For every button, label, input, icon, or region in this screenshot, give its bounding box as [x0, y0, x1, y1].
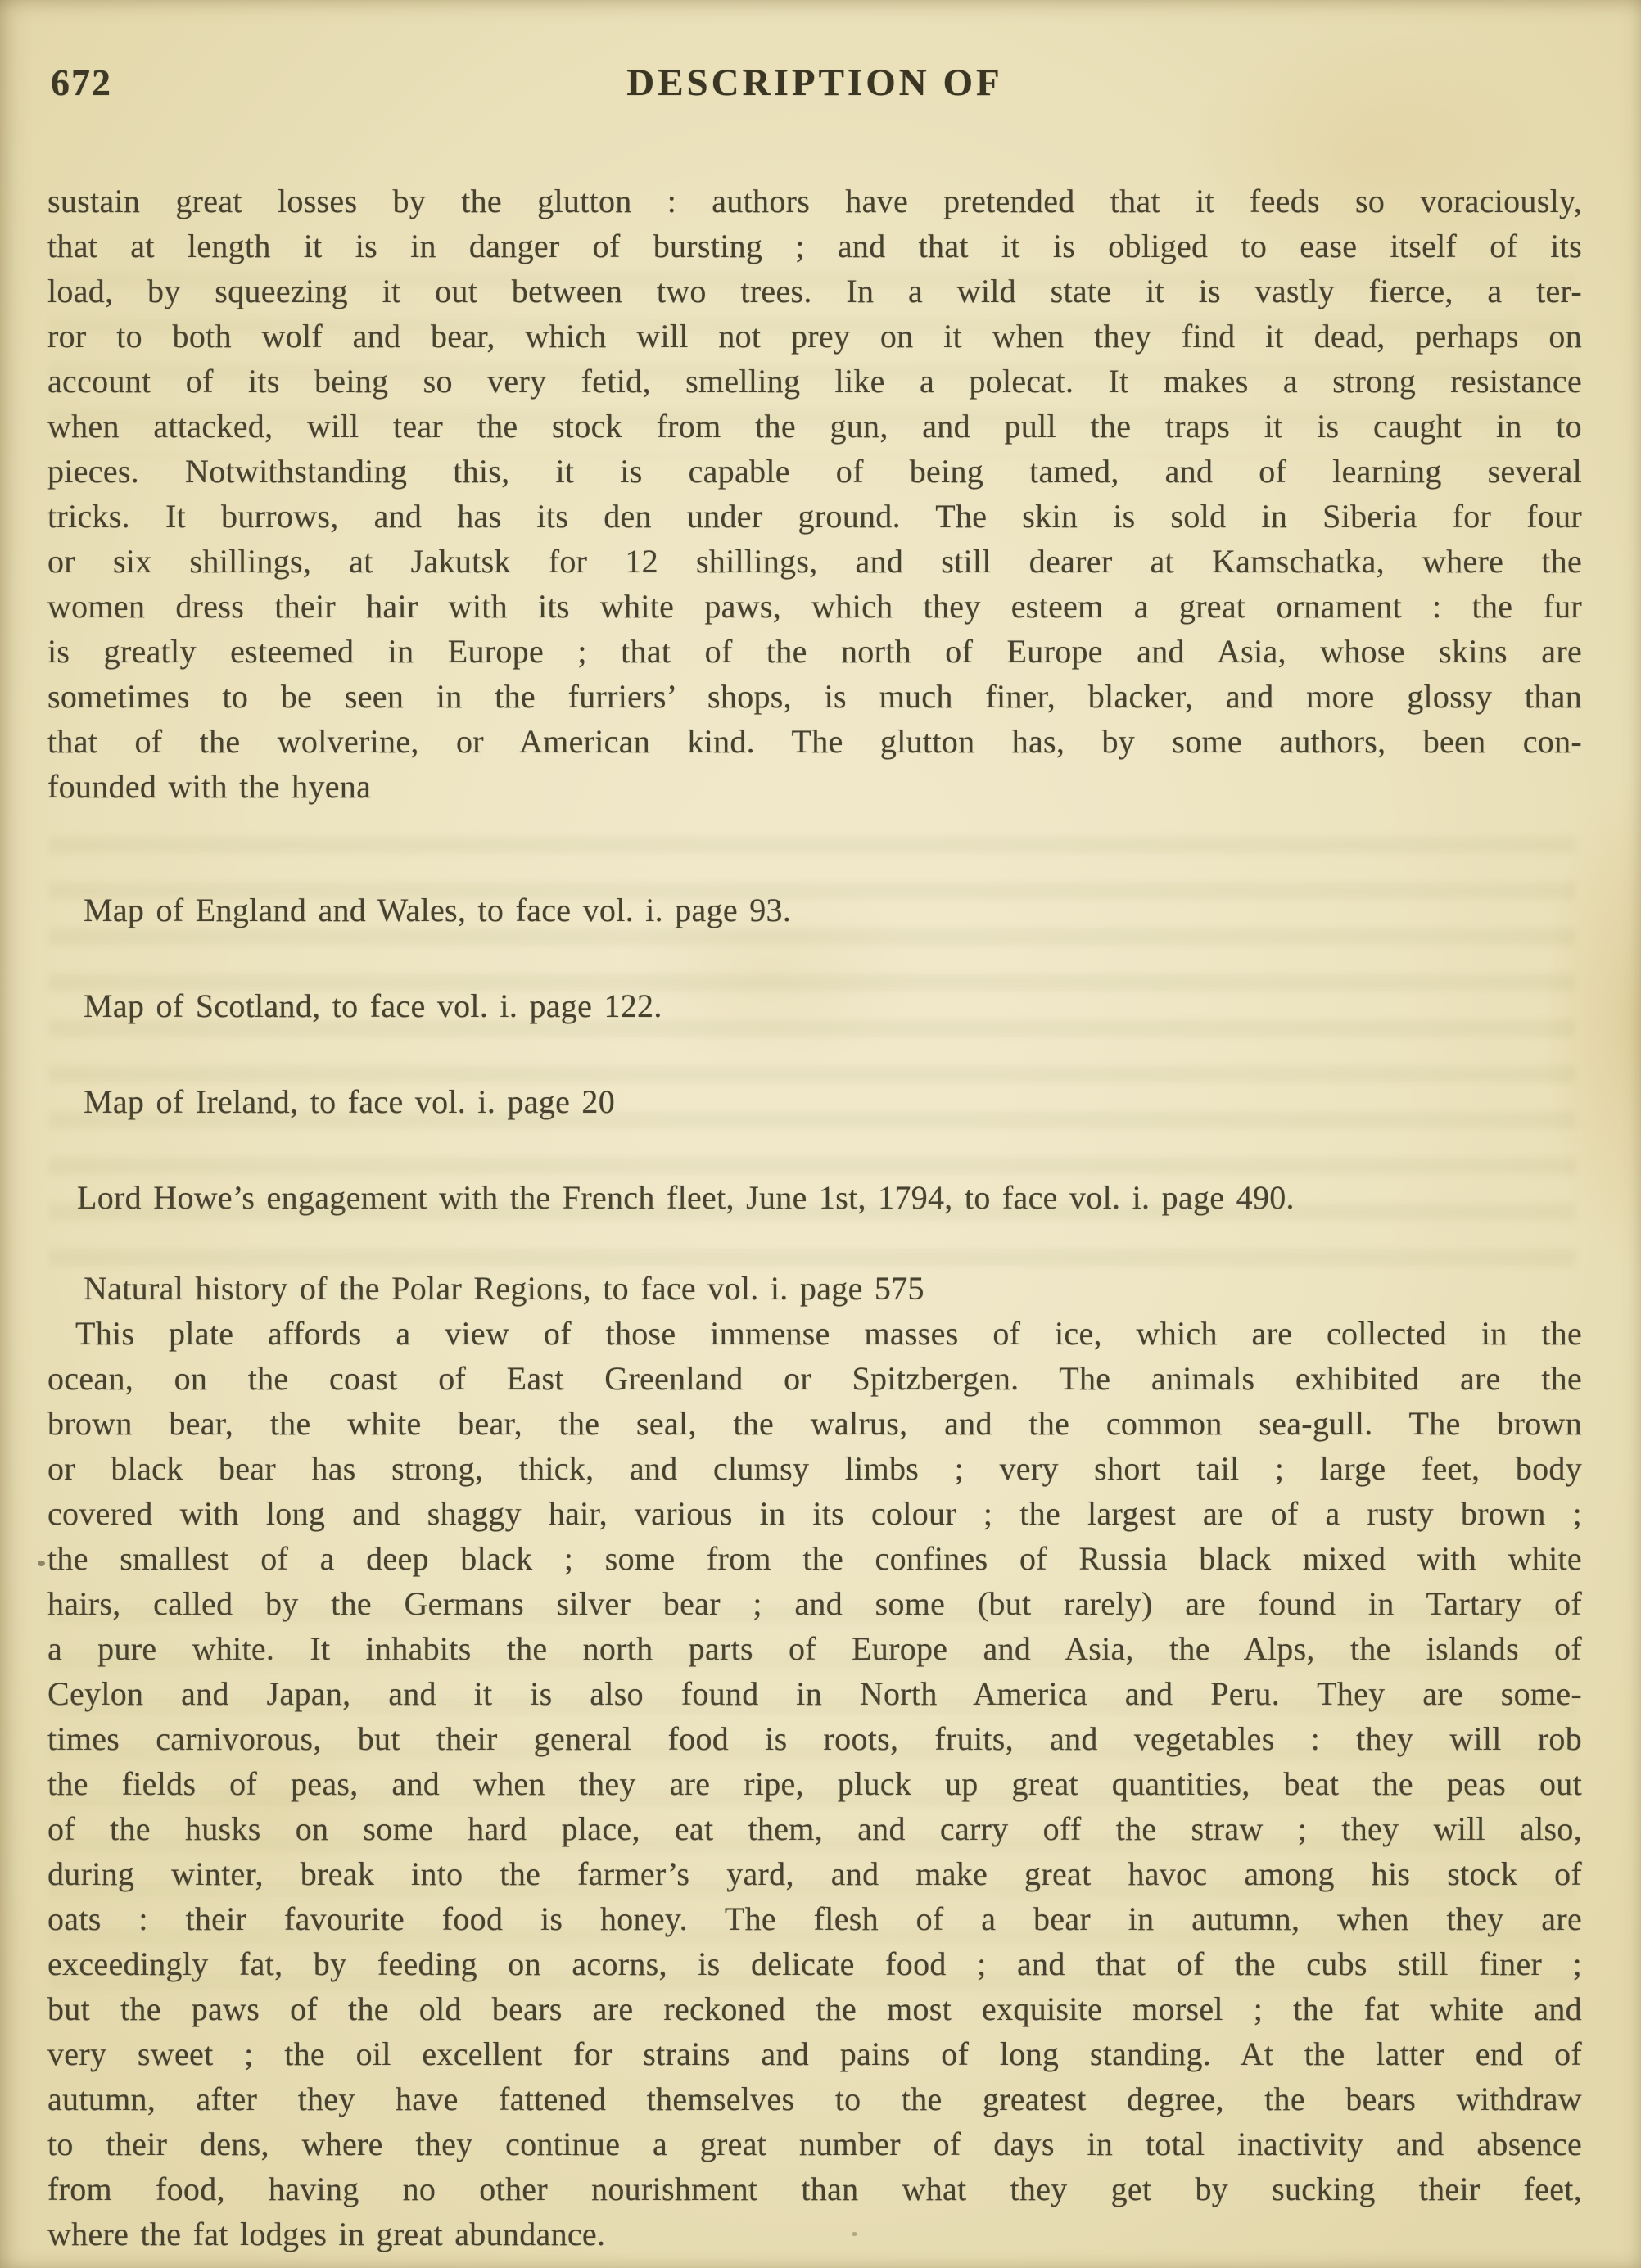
- text-line: the fields of peas, and when they are ri…: [47, 1761, 1582, 1806]
- text-line: of the husks on some hard place, eat the…: [47, 1806, 1582, 1851]
- text-line: women dress their hair with its white pa…: [47, 584, 1582, 629]
- text-line: when attacked, will tear the stock from …: [47, 404, 1582, 449]
- running-title: DESCRIPTION OF: [47, 61, 1582, 105]
- text-line: sustain great losses by the glutton : au…: [47, 178, 1582, 224]
- show-through-ghosting: [49, 811, 1575, 1294]
- text-line: oats : their favourite food is honey. Th…: [47, 1896, 1582, 1941]
- text-line: during winter, break into the farmer’s y…: [47, 1851, 1582, 1896]
- plate-reference-england-wales: Map of England and Wales, to face vol. i…: [47, 888, 1582, 933]
- text-line: very sweet ; the oil excellent for strai…: [47, 2031, 1582, 2076]
- ink-speck: [38, 1561, 45, 1566]
- text-line: exceedingly fat, by feeding on acorns, i…: [47, 1941, 1582, 1986]
- text-line: times carnivorous, but their general foo…: [47, 1716, 1582, 1761]
- plate-reference-ireland: Map of Ireland, to face vol. i. page 20: [47, 1079, 1582, 1124]
- text-line: or black bear has strong, thick, and clu…: [47, 1446, 1582, 1491]
- plate-reference-scotland: Map of Scotland, to face vol. i. page 12…: [47, 983, 1582, 1028]
- text-line: brown bear, the white bear, the seal, th…: [47, 1401, 1582, 1446]
- text-line: where the fat lodges in great abundance.: [47, 2212, 1582, 2257]
- text-line: autumn, after they have fattened themsel…: [47, 2076, 1582, 2121]
- text-line: ocean, on the coast of East Greenland or…: [47, 1356, 1582, 1401]
- text-line: tricks. It burrows, and has its den unde…: [47, 494, 1582, 539]
- text-line: sometimes to be seen in the furriers’ sh…: [47, 674, 1582, 719]
- text-line: that at length it is in danger of bursti…: [47, 224, 1582, 269]
- plate-reference-lord-howe: Lord Howe’s engagement with the French f…: [47, 1175, 1582, 1220]
- book-page: 672 DESCRIPTION OF sustain great losses …: [0, 0, 1641, 2268]
- text-line: account of its being so very fetid, smel…: [47, 359, 1582, 404]
- text-line: load, by squeezing it out between two tr…: [47, 269, 1582, 314]
- text-line: is greatly esteemed in Europe ; that of …: [47, 629, 1582, 674]
- text-line: pieces. Notwithstanding this, it is capa…: [47, 449, 1582, 494]
- text-line: founded with the hyena: [47, 764, 1582, 809]
- text-line: from food, having no other nourishment t…: [47, 2166, 1582, 2212]
- text-line: ror to both wolf and bear, which will no…: [47, 314, 1582, 359]
- text-line: a pure white. It inhabits the north part…: [47, 1626, 1582, 1671]
- paragraph-glutton: sustain great losses by the glutton : au…: [47, 178, 1582, 809]
- page-header: 672 DESCRIPTION OF: [47, 61, 1582, 103]
- text-line: This plate affords a view of those immen…: [47, 1311, 1582, 1356]
- plate-reference-polar-regions: Natural history of the Polar Regions, to…: [47, 1266, 1582, 1311]
- text-line: that of the wolverine, or American kind.…: [47, 719, 1582, 764]
- text-line: the smallest of a deep black ; some from…: [47, 1536, 1582, 1581]
- paragraph-polar-regions: This plate affords a view of those immen…: [47, 1311, 1582, 2257]
- text-line: hairs, called by the Germans silver bear…: [47, 1581, 1582, 1626]
- text-line: but the paws of the old bears are reckon…: [47, 1986, 1582, 2031]
- ink-speck: [852, 2232, 857, 2236]
- text-line: covered with long and shaggy hair, vario…: [47, 1491, 1582, 1536]
- text-line: Ceylon and Japan, and it is also found i…: [47, 1671, 1582, 1716]
- text-line: or six shillings, at Jakutsk for 12 shil…: [47, 539, 1582, 584]
- text-line: to their dens, where they continue a gre…: [47, 2121, 1582, 2166]
